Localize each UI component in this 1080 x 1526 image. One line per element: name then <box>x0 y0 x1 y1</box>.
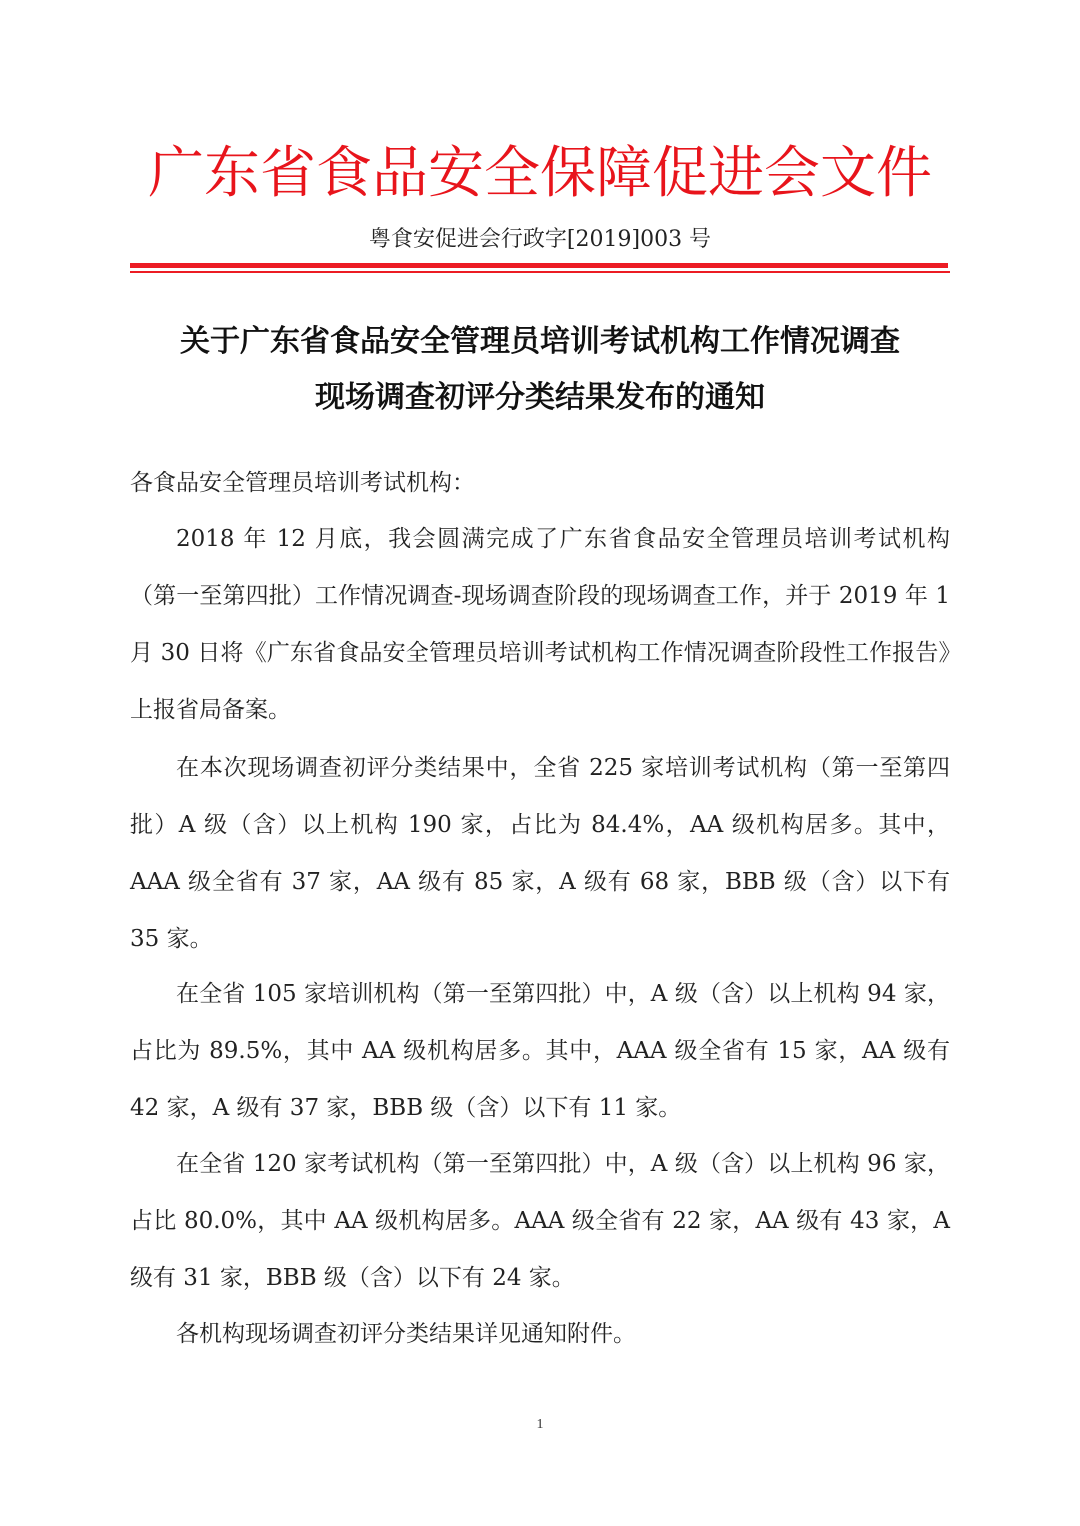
paragraph-overall-results: 在本次现场调查初评分类结果中，全省 225 家培训考试机构（第一至第四批）A 级… <box>130 740 950 968</box>
notice-title-line-1: 关于广东省食品安全管理员培训考试机构工作情况调查 <box>130 322 950 362</box>
document-number: 粤食安促进会行政字[2019]003 号 <box>0 222 1080 258</box>
page-number: 1 <box>0 1417 1080 1433</box>
paragraph-completion-report: 2018 年 12 月底，我会圆满完成了广东省食品安全管理员培训考试机构（第一至… <box>130 511 950 739</box>
notice-title-line-2: 现场调查初评分类结果发布的通知 <box>130 378 950 418</box>
paragraph-attachment-note: 各机构现场调查初评分类结果详见通知附件。 <box>130 1306 950 1363</box>
red-divider-thick <box>130 263 948 268</box>
salutation: 各食品安全管理员培训考试机构： <box>130 455 950 512</box>
document-page: 广东省食品安全保障促进会文件 粤食安促进会行政字[2019]003 号 关于广东… <box>0 0 1080 1526</box>
paragraph-training-institutions: 在全省 105 家培训机构（第一至第四批）中，A 级（含）以上机构 94 家，占… <box>130 966 950 1137</box>
paragraph-exam-institutions: 在全省 120 家考试机构（第一至第四批）中，A 级（含）以上机构 96 家，占… <box>130 1136 950 1307</box>
red-divider-thin <box>130 271 950 273</box>
issuer-masthead: 广东省食品安全保障促进会文件 <box>0 138 1080 210</box>
